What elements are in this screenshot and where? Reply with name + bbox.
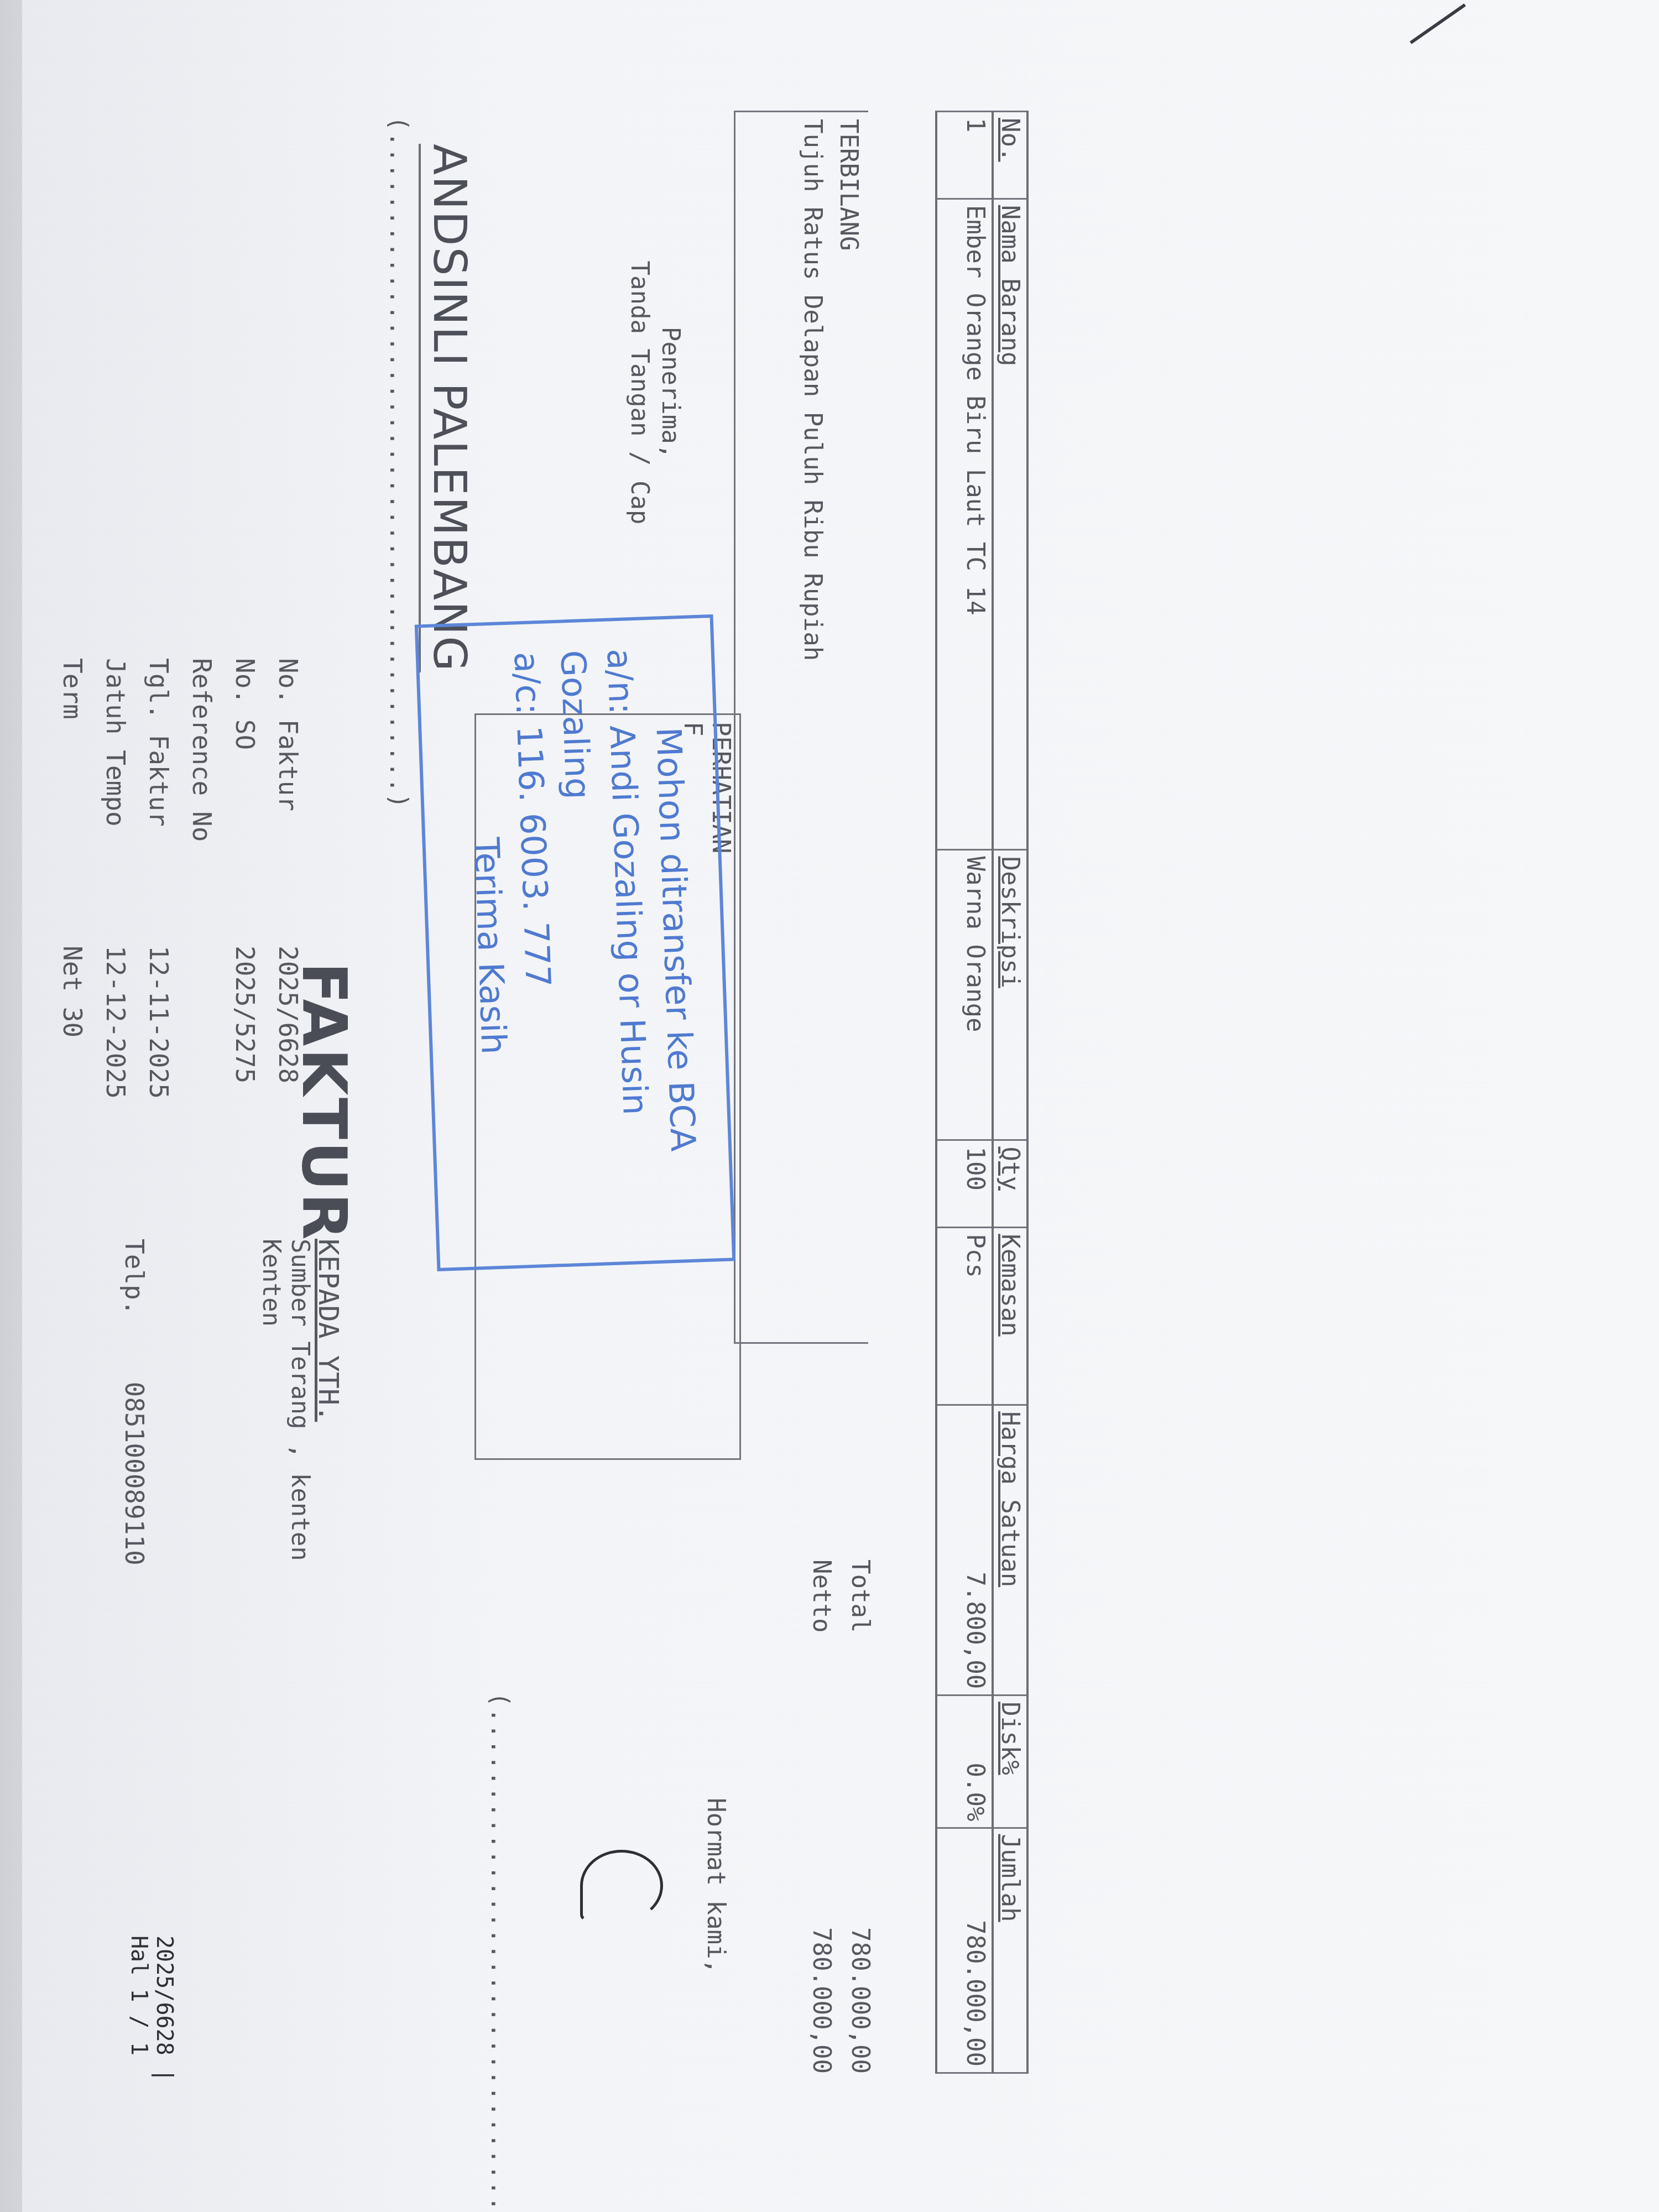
- table-row: 1 Ember Orange Biru Laut TC 14 Warna Ora…: [936, 112, 993, 2073]
- meta-label: Tgl. Faktur: [137, 658, 180, 946]
- phone-value: 085100089110: [119, 1381, 149, 1565]
- receiver-sub: Tanda Tangan / Cap: [624, 116, 655, 669]
- items-table: No. Nama Barang Deskripsi Qty Kemasan Ha…: [935, 111, 1029, 2074]
- sender-signature-line: (.......................................…: [486, 1692, 514, 2079]
- meta-label: Term: [51, 658, 94, 946]
- receiver-signature: Penerima, Tanda Tangan / Cap (..........…: [383, 116, 686, 669]
- totals-block: Total 780.000,00 Netto 780.000,00: [802, 1559, 879, 2074]
- cell-no: 1: [936, 112, 993, 199]
- meta-row: No. SO2025/5275: [223, 658, 267, 1099]
- meta-value: 2025/5275: [223, 946, 267, 1083]
- col-kemasan: Kemasan: [993, 1228, 1027, 1405]
- receiver-signature-line: (.......................................…: [383, 116, 414, 669]
- receiver-label: Penerima,: [655, 116, 686, 669]
- meta-value: Net 30: [51, 946, 94, 1037]
- meta-label: No. Faktur: [267, 658, 310, 946]
- col-deskripsi: Deskripsi: [993, 850, 1027, 1140]
- recipient-phone: Telp. 085100089110: [119, 1239, 149, 1566]
- cell-jumlah: 780.000,00: [936, 1828, 993, 2073]
- meta-row: Tgl. Faktur12-11-2025: [137, 658, 180, 1099]
- meta-row: No. Faktur2025/6628: [267, 658, 310, 1099]
- recipient-block: KEPADA YTH. Sumber Terang , kenten Kente…: [257, 1239, 343, 1561]
- cell-deskripsi: Warna Orange: [936, 850, 993, 1140]
- page-footer: 2025/6628 | Hal 1 / 1: [126, 1936, 177, 2135]
- cell-kemasan: Pcs: [936, 1228, 993, 1405]
- meta-label: Jatuh Tempo: [94, 658, 137, 946]
- recipient-line: Sumber Terang , kenten: [285, 1239, 314, 1561]
- invoice-meta: No. Faktur2025/6628 No. SO2025/5275 Refe…: [51, 658, 310, 1099]
- total-row: Total 780.000,00: [841, 1559, 879, 2074]
- meta-value: 12-11-2025: [137, 946, 180, 1099]
- cell-nama: Ember Orange Biru Laut TC 14: [936, 199, 993, 850]
- sender-signature: Hormat kami, (..........................…: [486, 1692, 730, 2079]
- meta-row: TermNet 30: [51, 658, 94, 1099]
- col-jumlah: Jumlah: [993, 1828, 1027, 2073]
- col-nama-barang: Nama Barang: [993, 199, 1027, 850]
- col-no: No.: [993, 112, 1027, 199]
- col-qty: Qty: [993, 1140, 1027, 1228]
- meta-label: Reference No: [180, 658, 223, 946]
- terbilang-box: TERBILANG Tujuh Ratus Delapan Puluh Ribu…: [734, 111, 868, 1344]
- handwritten-signature-icon: [580, 1850, 663, 1922]
- cell-disk: 0.0%: [936, 1695, 993, 1828]
- table-header-row: No. Nama Barang Deskripsi Qty Kemasan Ha…: [993, 112, 1027, 2073]
- meta-value: 12-12-2025: [94, 946, 137, 1099]
- meta-row: Reference No: [180, 658, 223, 1099]
- cell-harga: 7.800,00: [936, 1405, 993, 1695]
- recipient-heading: KEPADA YTH.: [314, 1239, 343, 1561]
- meta-label: No. SO: [223, 658, 267, 946]
- phone-label: Telp.: [119, 1239, 149, 1315]
- terbilang-label: TERBILANG: [834, 119, 863, 1335]
- bank-transfer-stamp: Mohon ditransfer ke BCA a/n: Andi Gozali…: [415, 614, 736, 1271]
- total-label: Total: [841, 1559, 879, 1632]
- invoice-document: ANDSINLI PALEMBANG FAKTUR No. Faktur2025…: [77, 33, 1659, 2135]
- recipient-line: Kenten: [257, 1239, 285, 1561]
- col-disk: Disk%: [993, 1695, 1027, 1828]
- sender-label: Hormat kami,: [702, 1798, 730, 1974]
- meta-row: Jatuh Tempo12-12-2025: [94, 658, 137, 1099]
- cell-qty: 100: [936, 1140, 993, 1228]
- invoice-paper: ANDSINLI PALEMBANG FAKTUR No. Faktur2025…: [22, 0, 1659, 2212]
- meta-value: 2025/6628: [267, 946, 310, 1083]
- netto-row: Netto 780.000,00: [802, 1559, 841, 2074]
- total-value: 780.000,00: [841, 1927, 879, 2074]
- terbilang-text: Tujuh Ratus Delapan Puluh Ribu Rupiah: [799, 119, 827, 661]
- col-harga-satuan: Harga Satuan: [993, 1405, 1027, 1695]
- netto-value: 780.000,00: [802, 1927, 841, 2074]
- netto-label: Netto: [802, 1559, 841, 1632]
